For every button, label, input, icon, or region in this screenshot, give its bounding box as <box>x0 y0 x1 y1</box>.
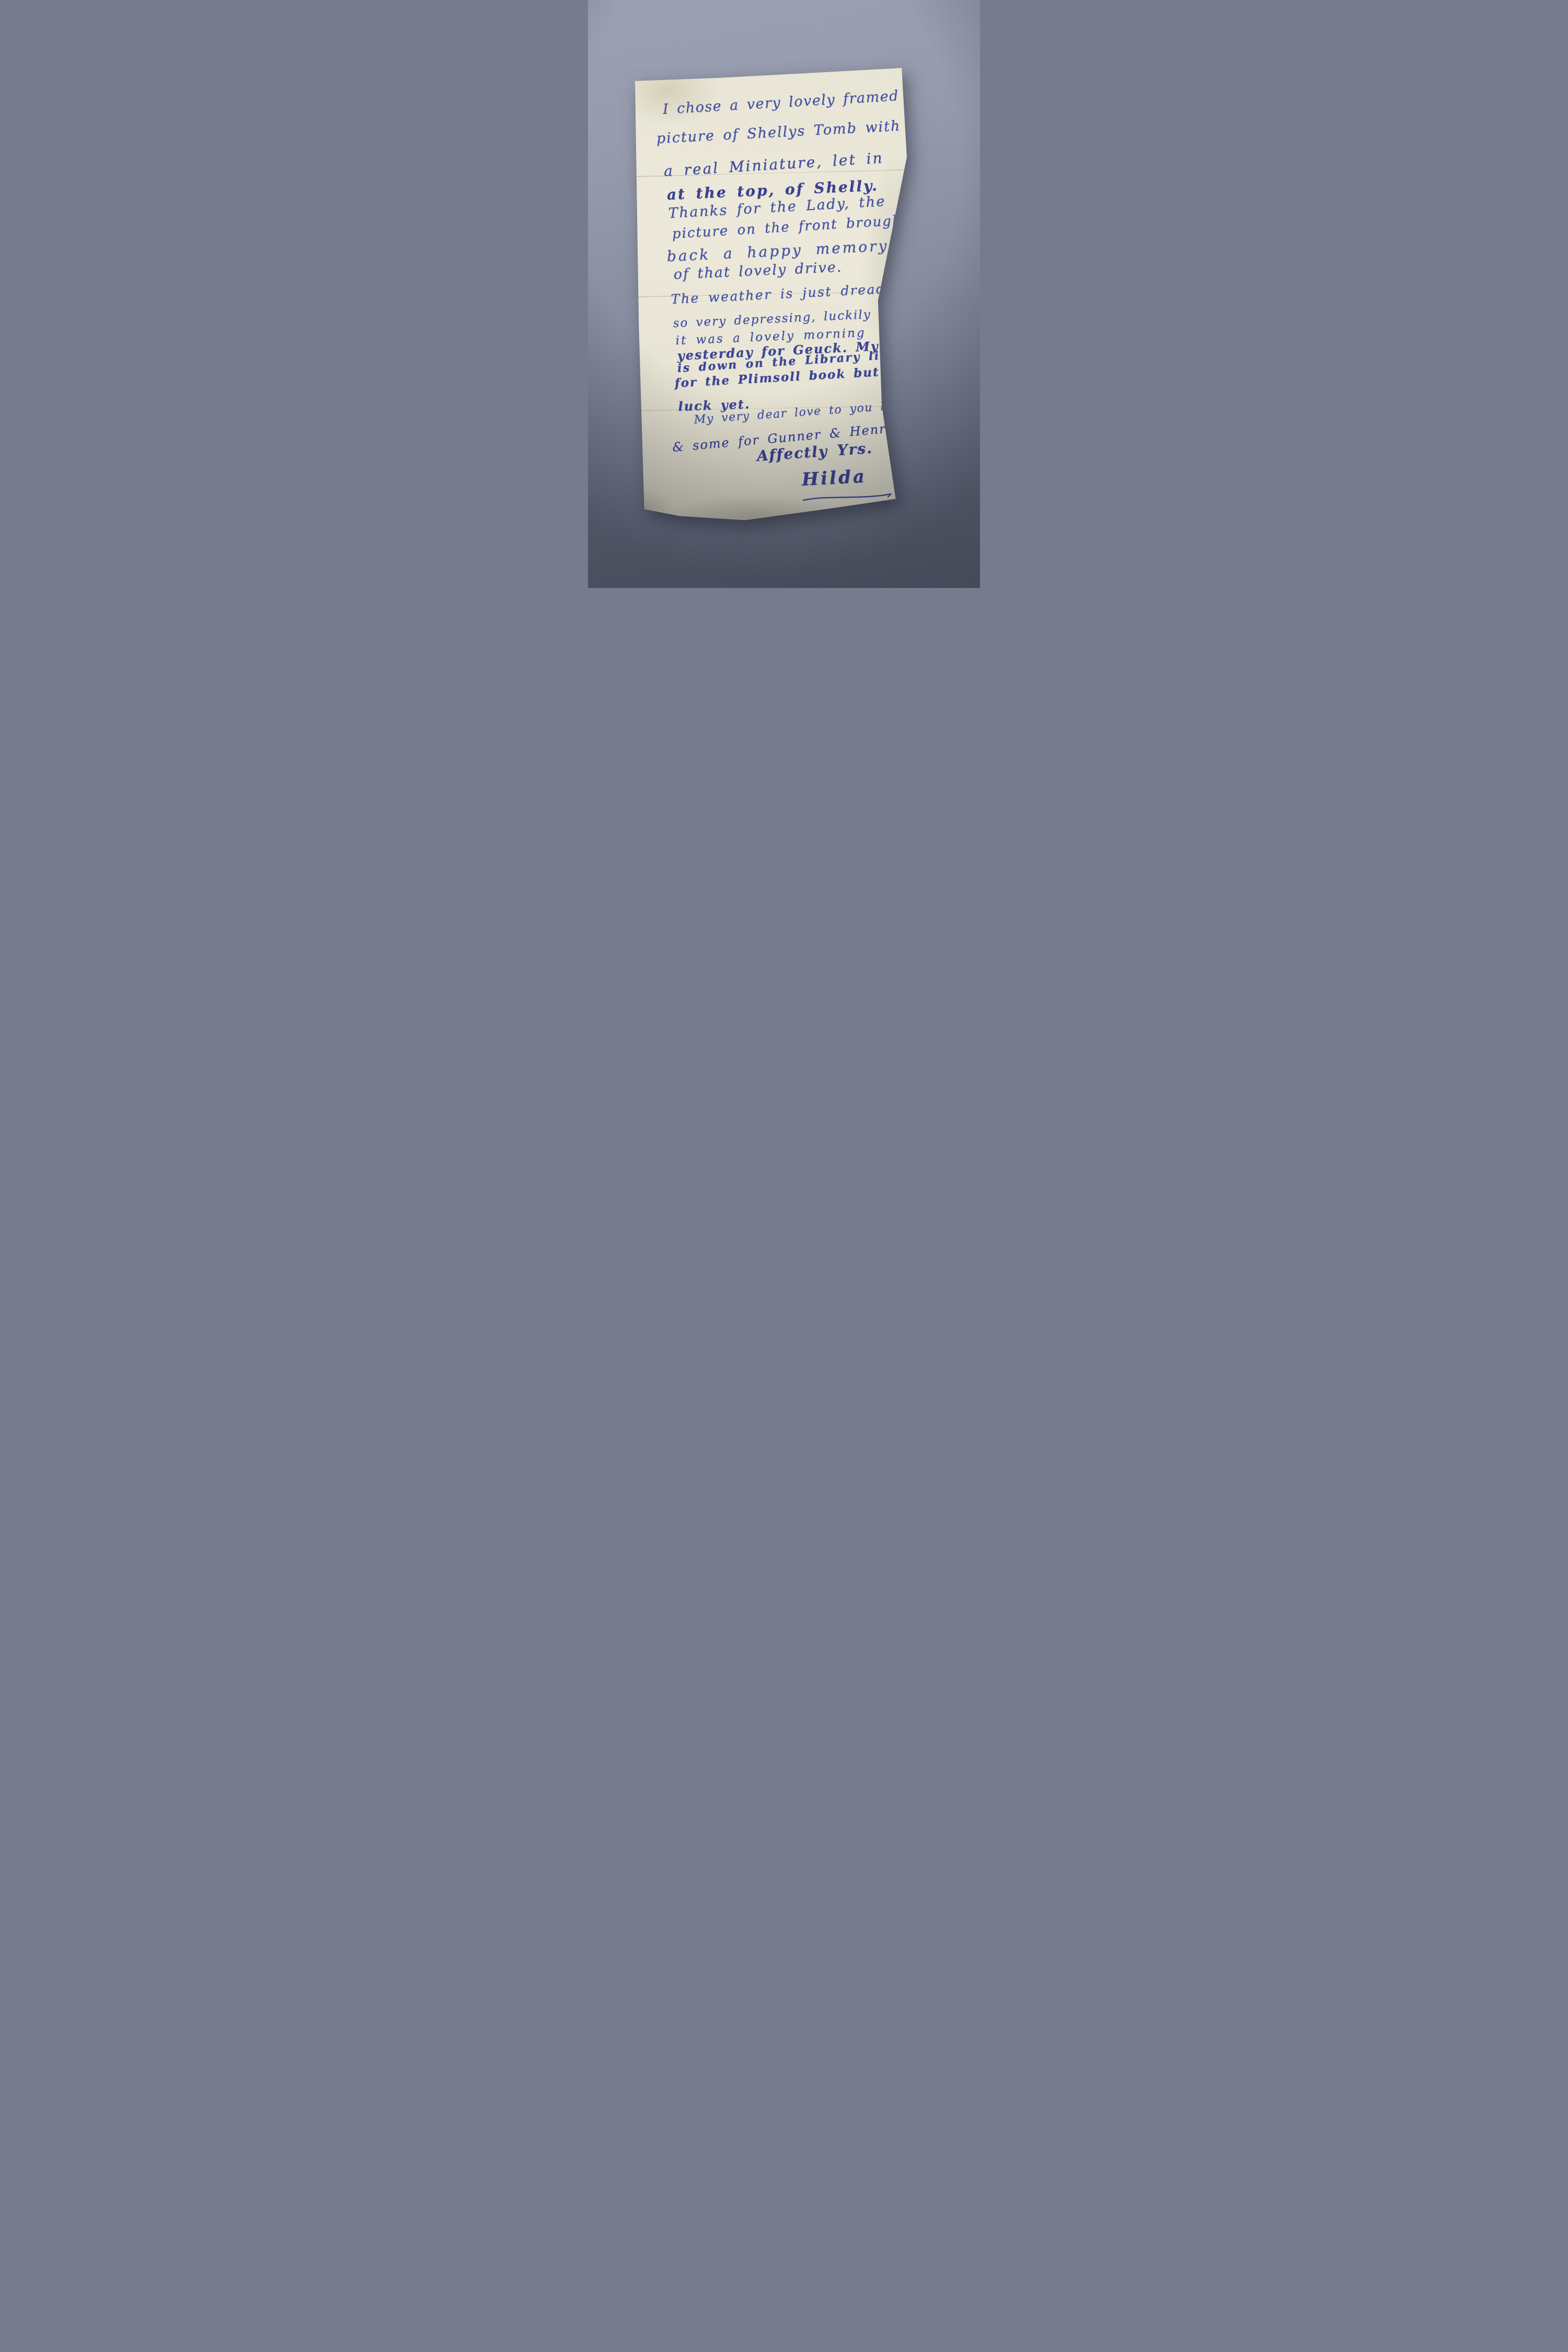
signature: Hilda <box>801 466 867 490</box>
letter-line: back a happy memory <box>666 237 889 265</box>
photo-of-handwritten-letter: I chose a very lovely framed picture of … <box>588 0 980 588</box>
letter-paper: I chose a very lovely framed picture of … <box>635 68 907 521</box>
letter-paper-wrap: I chose a very lovely framed picture of … <box>588 0 980 588</box>
letter-line: picture of Shellys Tomb with <box>656 118 901 147</box>
letter-line: a real Miniature, let in <box>663 149 884 180</box>
signature-underline-flourish <box>802 491 895 503</box>
letter-line: I chose a very lovely framed <box>662 88 900 118</box>
letter-line: The weather is just dreadful <box>671 280 907 307</box>
